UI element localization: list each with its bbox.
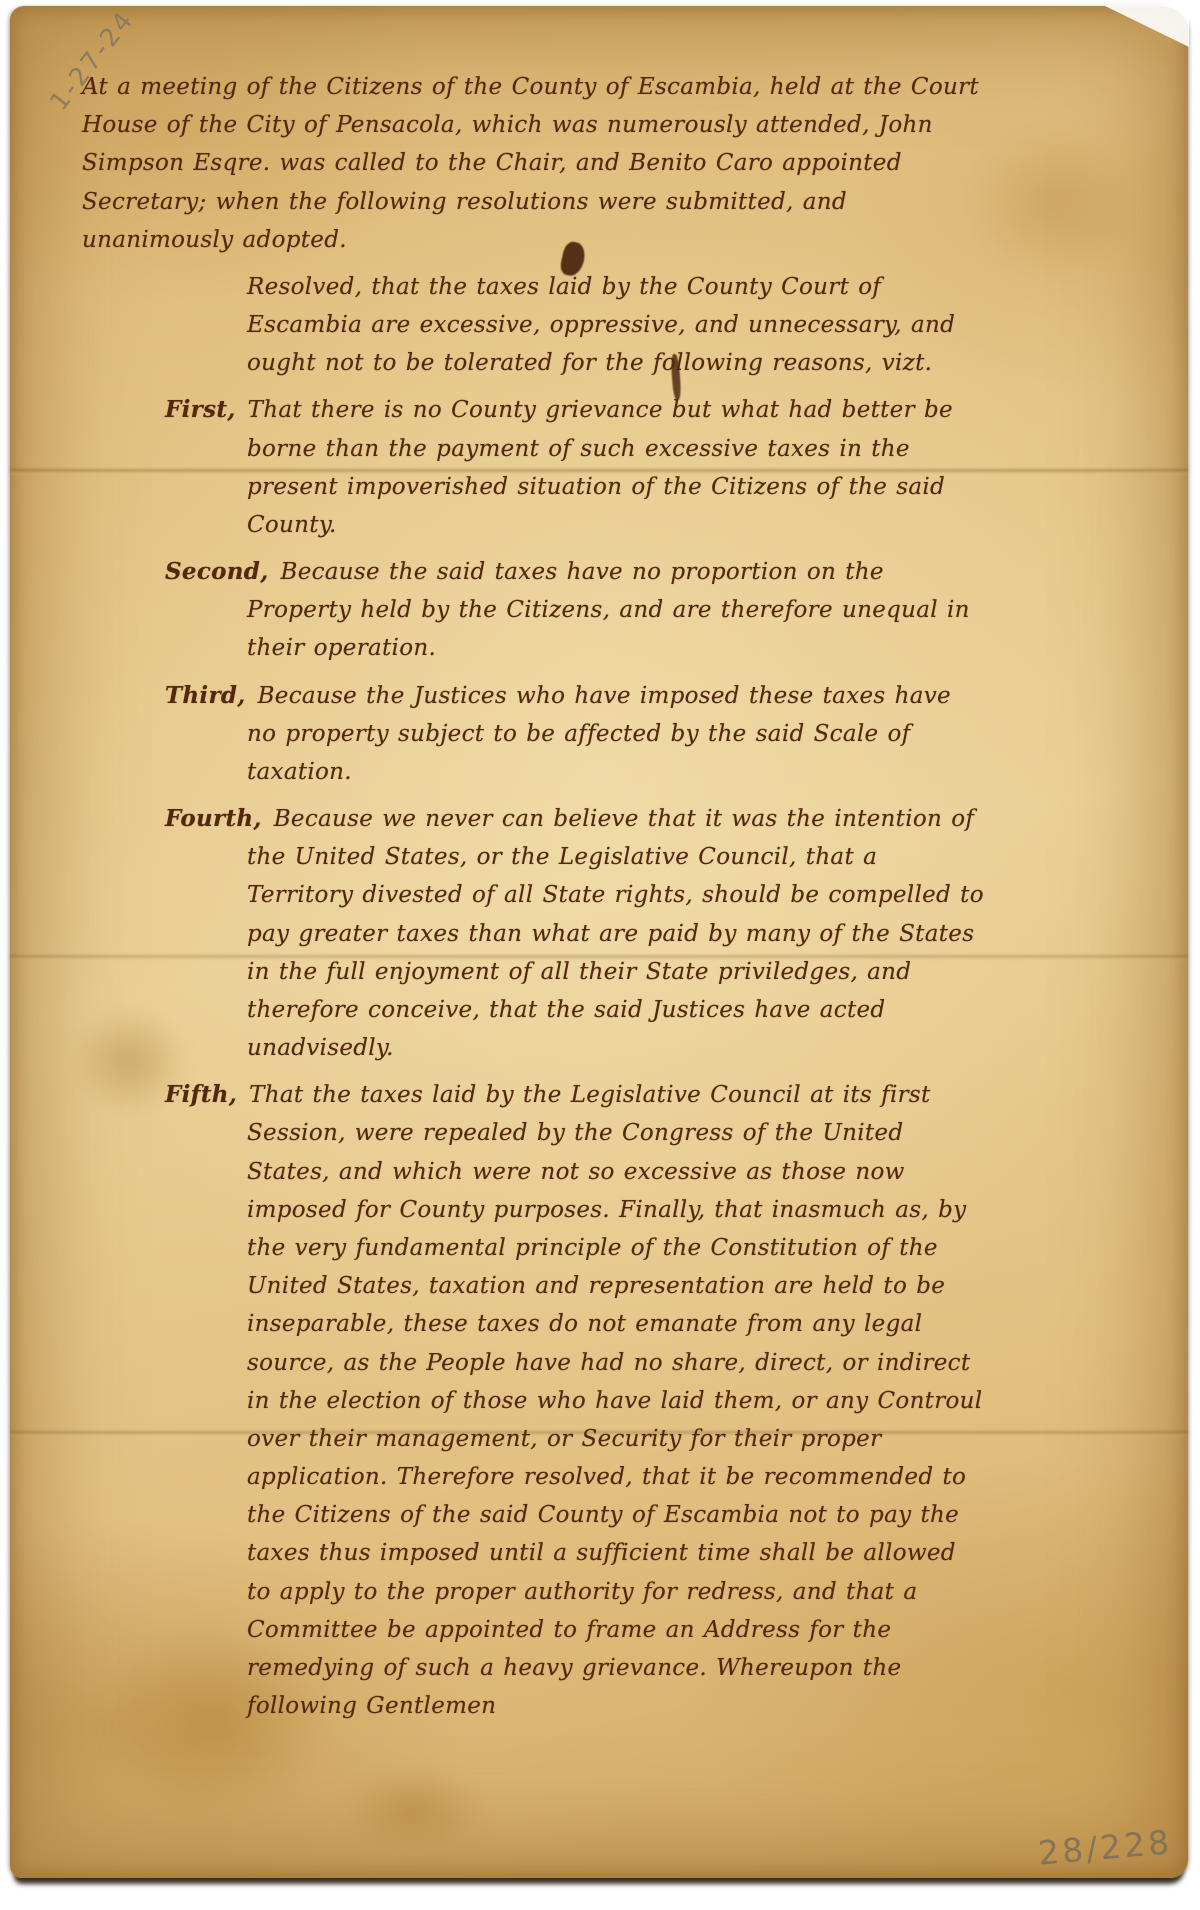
- paragraph-resolved: Resolved, that the taxes laid by the Cou…: [82, 268, 987, 383]
- resolution-second: Second,Because the said taxes have no pr…: [82, 553, 987, 668]
- resolution-fifth: Fifth,That the taxes laid by the Legisla…: [82, 1076, 987, 1725]
- resolution-label: Fifth,: [165, 1081, 237, 1108]
- resolution-label: First,: [165, 396, 236, 423]
- resolution-text: That the taxes laid by the Legislative C…: [247, 1082, 982, 1719]
- resolution-text: Because the Justices who have imposed th…: [247, 683, 951, 785]
- paper-stain: [970, 126, 1140, 276]
- manuscript-text: At a meeting of the Citizens of the Coun…: [82, 68, 987, 1734]
- manuscript-paper: 1-27-24 At a meeting of the Citizens of …: [10, 6, 1188, 1878]
- resolution-first: First,That there is no County grievance …: [82, 391, 987, 544]
- resolution-label: Second,: [165, 558, 269, 585]
- resolution-third: Third,Because the Justices who have impo…: [82, 677, 987, 792]
- torn-corner: [1103, 5, 1189, 47]
- resolution-fourth: Fourth,Because we never can believe that…: [82, 800, 987, 1067]
- paragraph-intro: At a meeting of the Citizens of the Coun…: [82, 68, 987, 259]
- resolution-label: Fourth,: [165, 805, 262, 832]
- resolution-label: Third,: [165, 682, 246, 709]
- paper-stain: [340, 1766, 490, 1856]
- pencil-page-number: 28/228: [1037, 1822, 1174, 1873]
- resolution-text: That there is no County grievance but wh…: [247, 397, 953, 538]
- document-scan: 1-27-24 At a meeting of the Citizens of …: [0, 0, 1200, 1910]
- resolution-text: Because the said taxes have no proportio…: [247, 559, 970, 661]
- resolution-text: Because we never can believe that it was…: [247, 806, 984, 1061]
